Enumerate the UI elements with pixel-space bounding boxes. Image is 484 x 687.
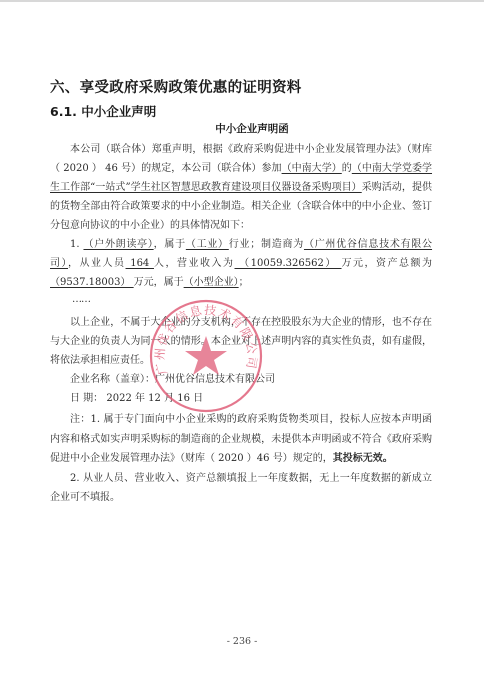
company-label: 企业名称（盖章）： (70, 374, 155, 385)
note-emphasis: 其投标无效。 (333, 453, 393, 464)
industry: （工业） (186, 239, 229, 250)
item-text: 万元，属于 (134, 277, 184, 288)
item-text: ，属于 (154, 239, 186, 250)
item-text: 万元，资产总额为 (342, 258, 433, 269)
document-page: 六、享受政府采购政策优惠的证明资料 6.1. 中小企业声明 中小企业声明函 本公… (0, 0, 484, 687)
ellipsis: …… (50, 292, 432, 307)
item-text: 人，营业收入为 (154, 258, 235, 269)
note-2: 2. 从业人员、营业收入、资产总额填报上一年度数据，无上一年度数据的新成立企业可… (50, 469, 432, 508)
total-assets: （9537.18003） (50, 277, 134, 288)
enterprise-size: （小型企业） (184, 277, 239, 288)
notes-section: 注：1. 属于专门面向中小企业采购的政府采购货物类项目，投标人应按本声明函内容和… (50, 410, 432, 508)
company-name: 广州优谷信息技术有限公司 (155, 374, 275, 385)
date-value: 2022 年 12 月 16 日 (103, 393, 203, 404)
declaration-paragraph: 本公司（联合体）郑重声明，根据《政府采购促进中小企业发展管理办法》（财库（ 20… (50, 140, 432, 235)
date-label: 日 期： (70, 393, 103, 404)
company-signature-line: 企业名称（盖章）：广州优谷信息技术有限公司 (50, 370, 432, 389)
responsibility-paragraph: 以上企业，不属于大企业的分支机构，不存在控股股东为大企业的情形，也不存在与大企业… (50, 313, 432, 370)
section-heading: 六、享受政府采购政策优惠的证明资料 (50, 76, 302, 97)
page-number: - 236 - (0, 636, 484, 647)
letter-body: 本公司（联合体）郑重声明，根据《政府采购促进中小企业发展管理办法》（财库（ 20… (50, 140, 432, 408)
item-text: ； (239, 277, 249, 288)
date-line: 日 期： 2022 年 12 月 16 日 (50, 389, 432, 408)
purchaser-name: （中南大学） (282, 163, 342, 174)
note-1: 注：1. 属于专门面向中小企业采购的政府采购货物类项目，投标人应按本声明函内容和… (50, 410, 432, 469)
enterprise-item: 1. （户外朗读亭），属于（工业）行业；制造商为（广州优谷信息技术有限公司），从… (50, 235, 432, 292)
item-number: 1. (70, 239, 83, 250)
item-text: ，从业人员 (68, 258, 126, 269)
goods-name: （户外朗读亭） (83, 239, 153, 250)
subsection-heading: 6.1. 中小企业声明 (50, 102, 156, 120)
employee-count: 164 (126, 258, 154, 269)
declaration-text: 的 (342, 163, 352, 174)
item-text: 行业；制造商为 (229, 239, 304, 250)
letter-title: 中小企业声明函 (0, 121, 484, 136)
revenue: （10059.326562） (235, 258, 342, 269)
